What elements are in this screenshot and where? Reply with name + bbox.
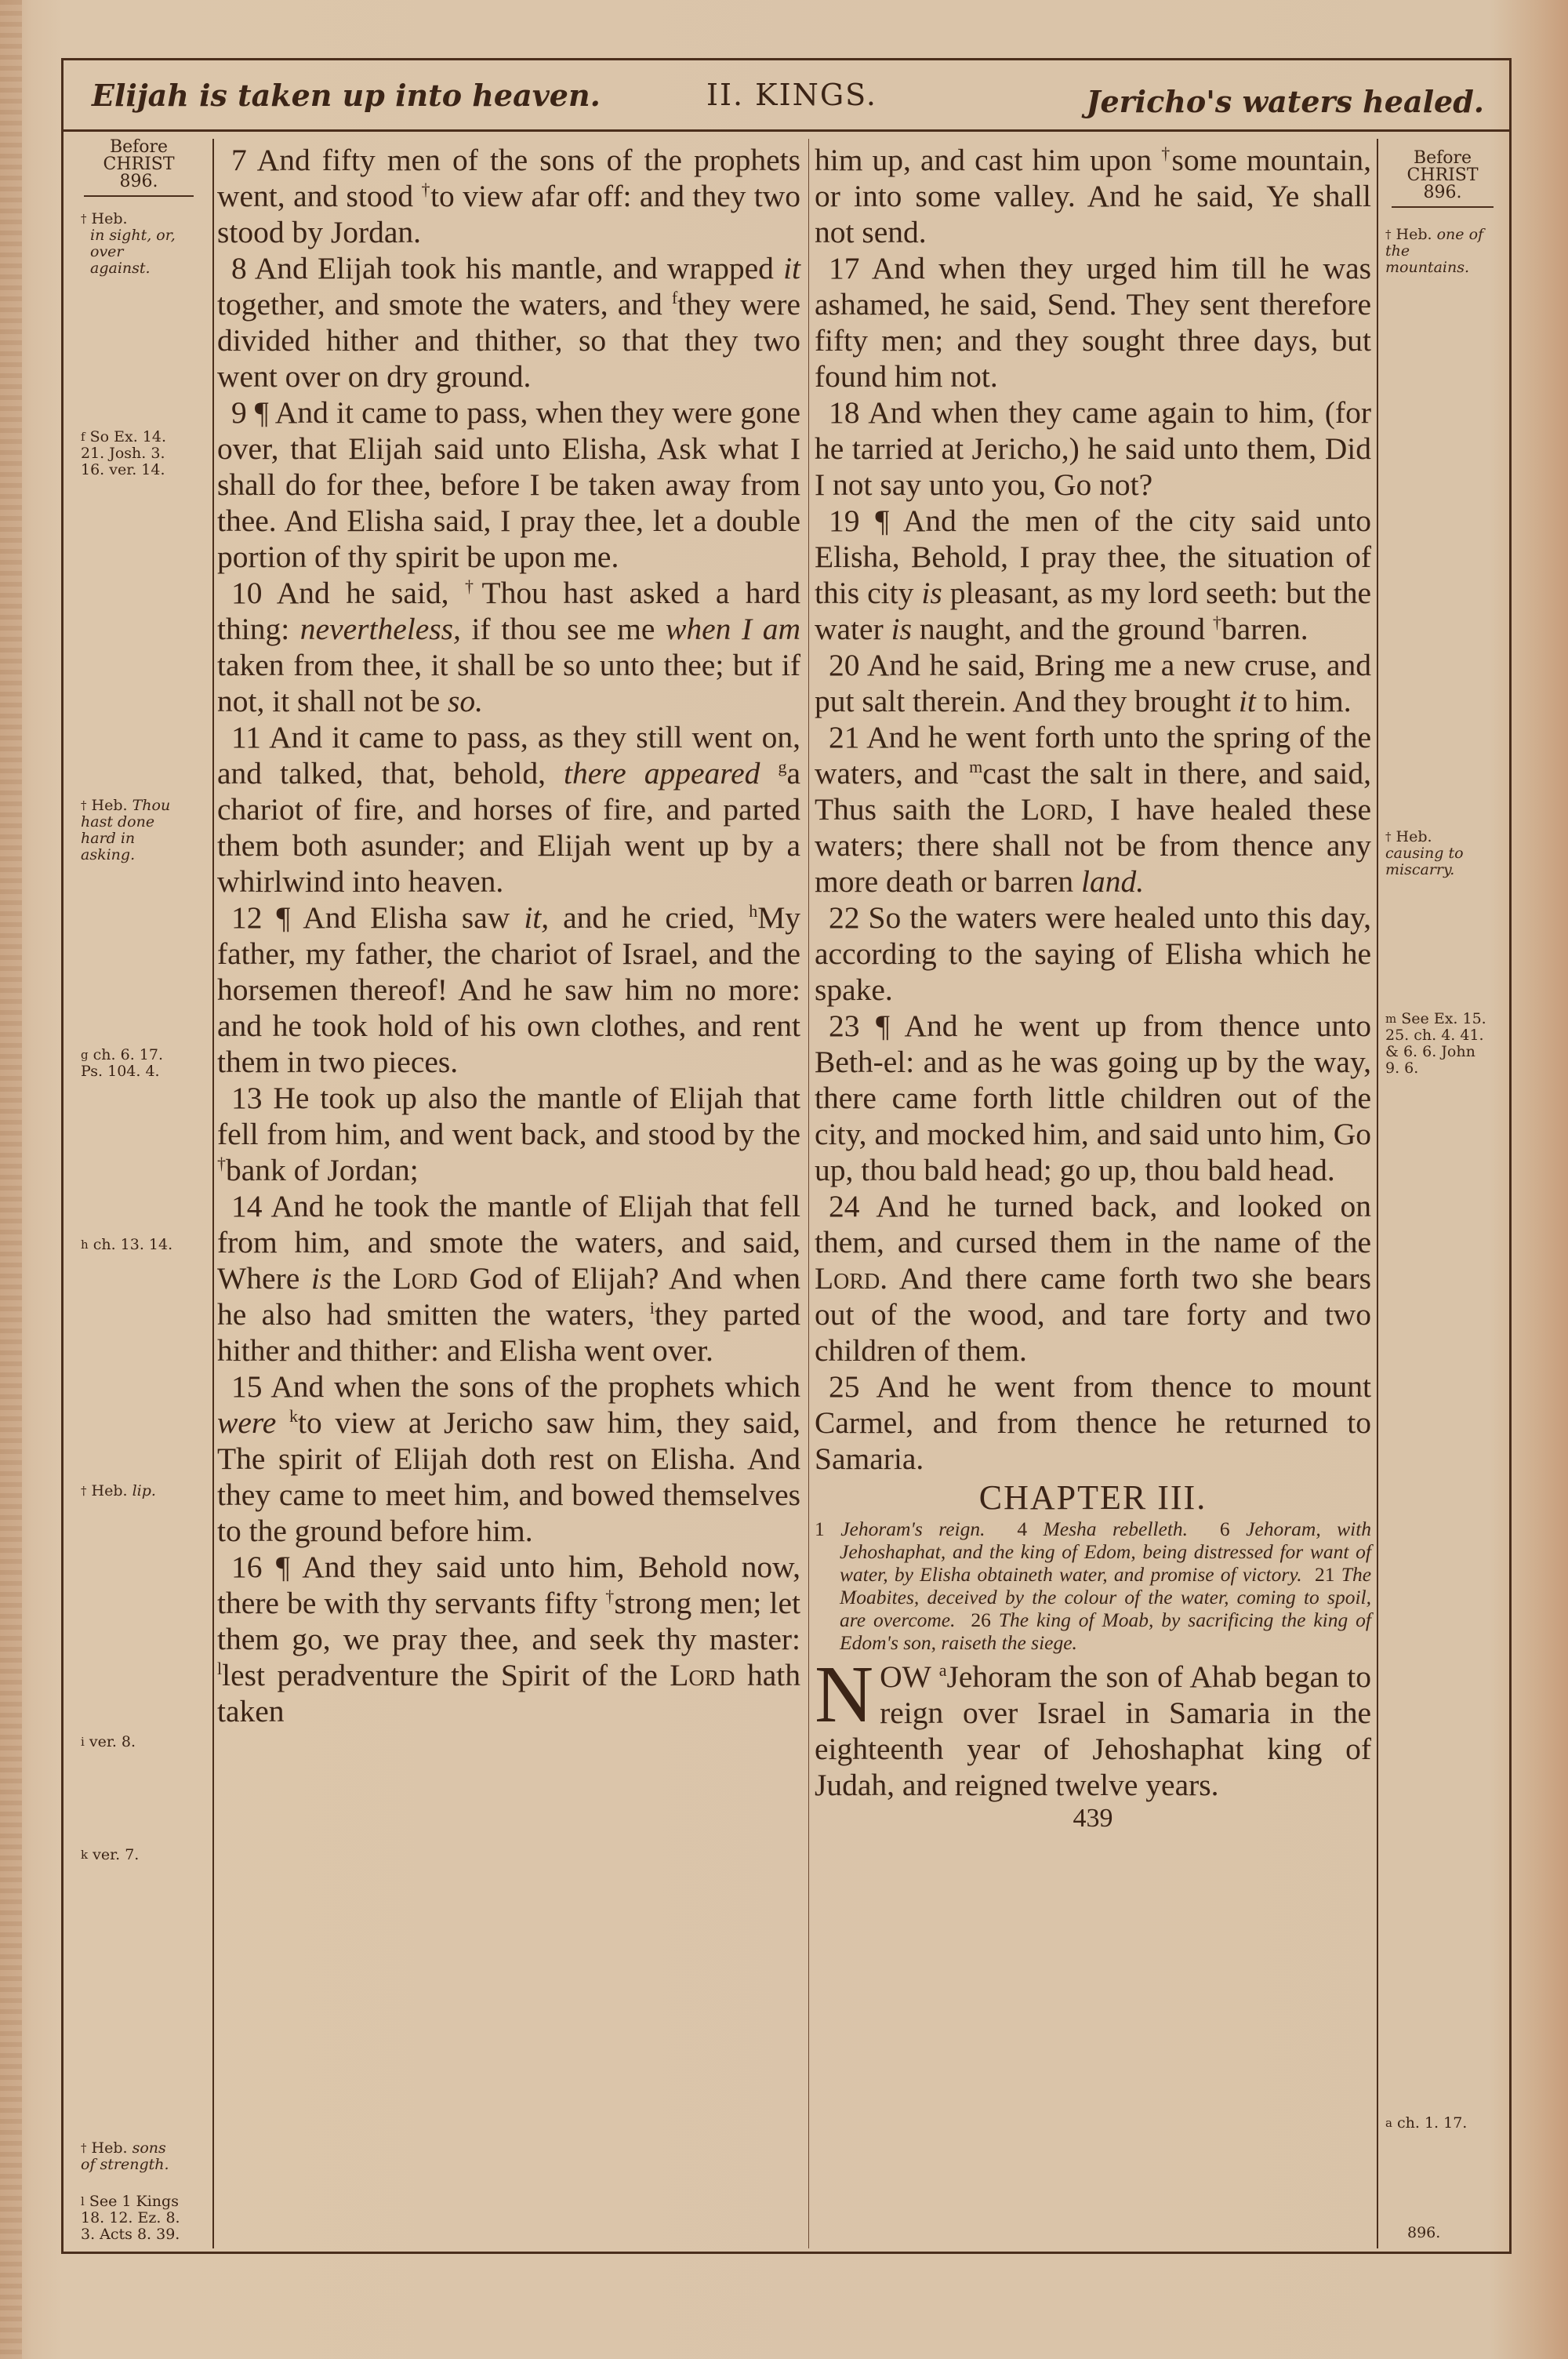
left-margin-rule <box>212 139 214 2248</box>
margin-note: † Heb. sons of strength. <box>81 2140 183 2173</box>
verse-9: 9 ¶ And it came to pass, when they were … <box>217 394 800 575</box>
header-right-title: Jericho's waters healed. <box>1086 84 1484 119</box>
verse-22: 22 So the waters were healed unto this d… <box>815 900 1371 1008</box>
margin-note: † Heb.causing to miscarry. <box>1385 829 1487 878</box>
page-edge-left <box>0 0 22 2359</box>
margin-note: l See 1 Kings 18. 12. Ez. 8. 3. Acts 8. … <box>81 2194 183 2243</box>
verse-16-continued: him up, and cast him upon †some mountain… <box>815 142 1371 250</box>
right-text-column: him up, and cast him upon †some mountain… <box>815 142 1371 1834</box>
margin-note: i ver. 8. <box>81 1734 206 1750</box>
margin-note: h ch. 13. 14. <box>81 1237 206 1253</box>
era-divider <box>84 195 194 197</box>
header-book-title: II. KINGS. <box>706 78 877 112</box>
verse-18: 18 And when they came again to him, (for… <box>815 394 1371 503</box>
page-frame: Elijah is taken up into heaven. II. KING… <box>61 58 1512 2254</box>
era-line1: Before <box>76 139 201 156</box>
era-year: 896. <box>1384 184 1501 202</box>
header-left-title: Elijah is taken up into heaven. <box>92 78 601 113</box>
margin-note: k ver. 7. <box>81 1847 206 1863</box>
verse-14: 14 And he took the mantle of Elijah that… <box>217 1188 800 1369</box>
margin-note: † Heb. lip. <box>81 1483 206 1499</box>
verse-17: 17 And when they urged him till he was a… <box>815 250 1371 394</box>
verse-7: 7 And fifty men of the sons of the proph… <box>217 142 800 250</box>
verse-15: 15 And when the sons of the prophets whi… <box>217 1369 800 1549</box>
verse-13: 13 He took up also the mantle of Elijah … <box>217 1080 800 1188</box>
margin-note: † Heb.in sight, or, over against. <box>81 211 206 277</box>
era-line2: CHRIST <box>76 156 201 173</box>
before-christ-label: Before CHRIST 896. <box>76 139 201 197</box>
verse-24: 24 And he turned back, and looked on the… <box>815 1188 1371 1369</box>
margin-note: m See Ex. 15. 25. ch. 4. 41. & 6. 6. Joh… <box>1385 1011 1491 1077</box>
margin-note: g ch. 6. 17. Ps. 104. 4. <box>81 1047 175 1080</box>
verse-11: 11 And it came to pass, as they still we… <box>217 719 800 900</box>
verse-21: 21 And he went forth unto the spring of … <box>815 719 1371 900</box>
verse-10: 10 And he said, †Thou hast asked a hard … <box>217 575 800 719</box>
drop-cap: N <box>815 1660 873 1729</box>
page-number: 439 <box>815 1803 1371 1834</box>
verse-12: 12 ¶ And Elisha saw it, and he cried, hM… <box>217 900 800 1080</box>
verse-16: 16 ¶ And they said unto him, Behold now,… <box>217 1549 800 1729</box>
margin-note: † Heb. Thou hast done hard in asking. <box>81 798 187 863</box>
chapter-title: CHAPTER III. <box>815 1478 1371 1518</box>
running-header: Elijah is taken up into heaven. II. KING… <box>64 60 1509 132</box>
era-line1: Before <box>1384 150 1501 167</box>
era-divider <box>1392 206 1494 208</box>
left-text-column: 7 And fifty men of the sons of the proph… <box>217 142 800 1729</box>
margin-note: a ch. 1. 17. <box>1385 2115 1495 2132</box>
right-margin-rule <box>1377 139 1378 2248</box>
verse-20: 20 And he said, Bring me a new cruse, an… <box>815 647 1371 719</box>
verse-23: 23 ¶ And he went up from thence unto Bet… <box>815 1008 1371 1188</box>
margin-note: † Heb. one of the mountains. <box>1385 227 1495 276</box>
margin-year: 896. <box>1407 2225 1486 2241</box>
chapter-summary: 1 Jehoram's reign. 4 Mesha rebelleth. 6 … <box>815 1518 1371 1654</box>
era-line2: CHRIST <box>1384 167 1501 184</box>
verse-19: 19 ¶ And the men of the city said unto E… <box>815 503 1371 647</box>
chapter-3-verse-1: NOW aJehoram the son of Ahab began to re… <box>815 1659 1371 1803</box>
era-year: 896. <box>76 173 201 191</box>
verse-8: 8 And Elijah took his mantle, and wrappe… <box>217 250 800 394</box>
verse-25: 25 And he went from thence to mount Carm… <box>815 1369 1371 1477</box>
before-christ-label: Before CHRIST 896. <box>1384 150 1501 208</box>
margin-note: f So Ex. 14. 21. Josh. 3. 16. ver. 14. <box>81 429 183 478</box>
center-column-rule <box>808 139 809 2248</box>
